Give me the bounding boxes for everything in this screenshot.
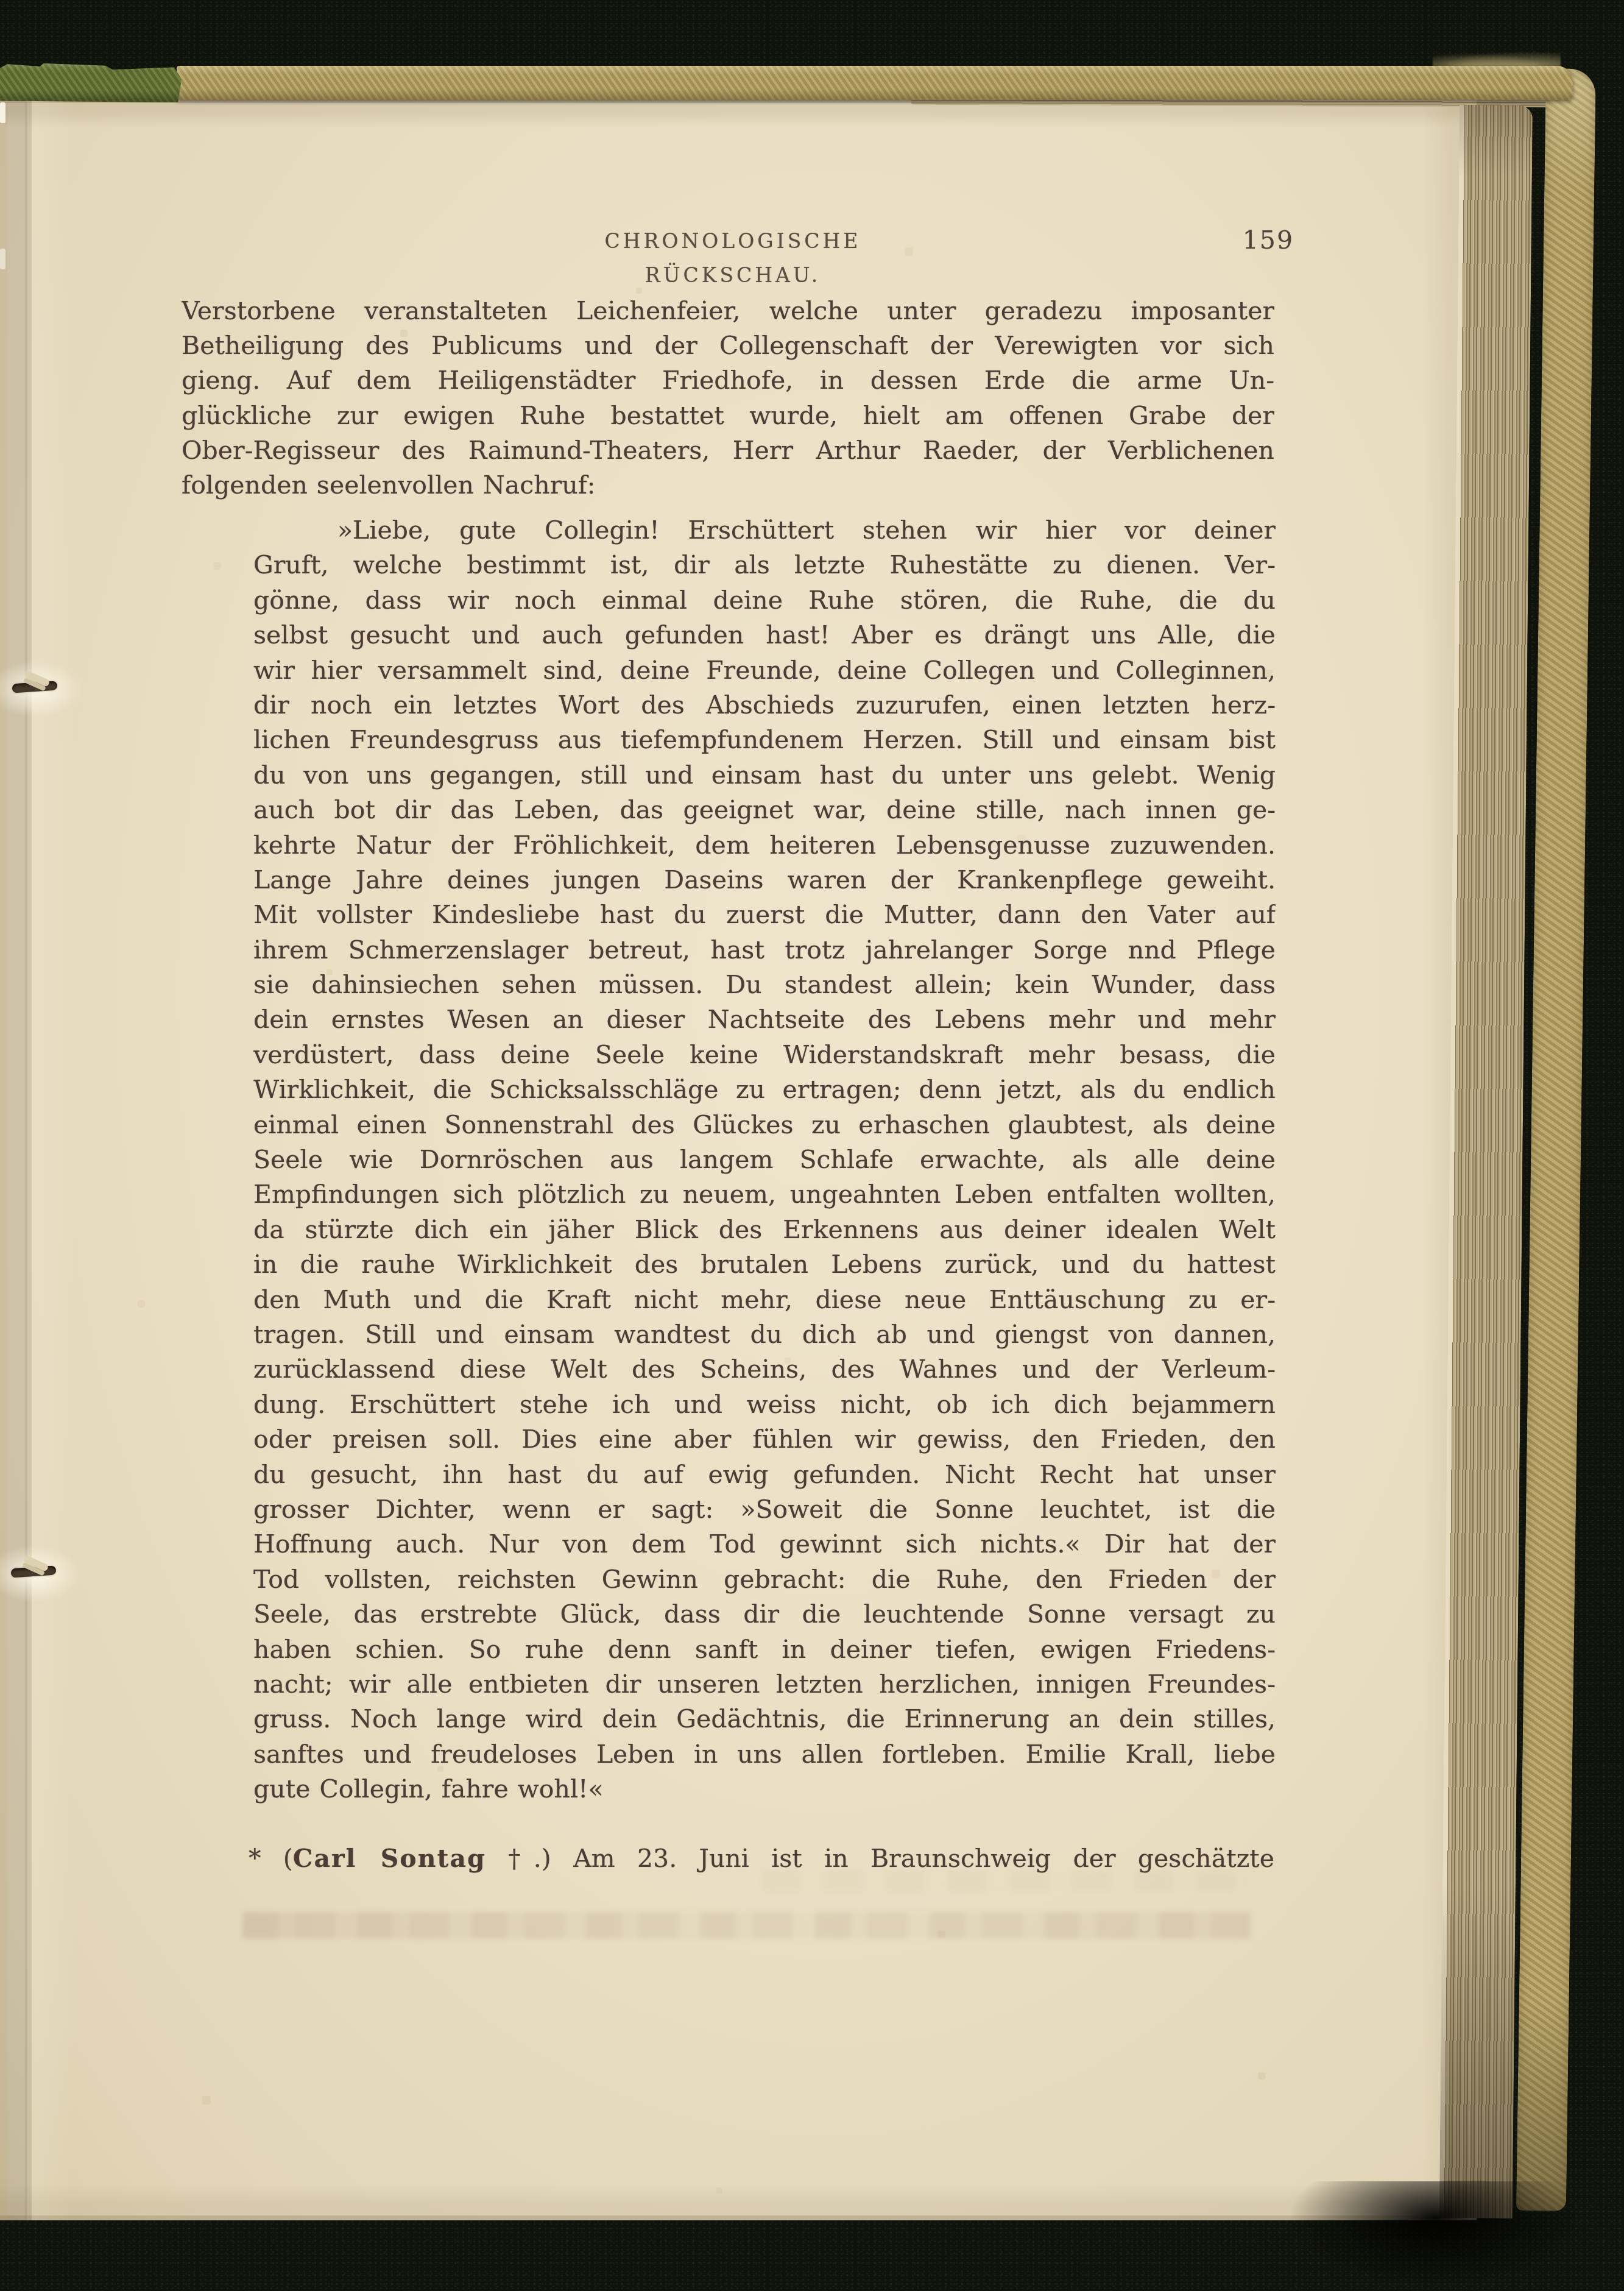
text-line: nacht; wir alle entbieten dir unseren le… [253,1667,1276,1702]
text-line: dir noch ein letztes Wort des Abschieds … [253,688,1276,723]
text-line: gieng. Auf dem Heiligenstädter Friedhofe… [182,363,1274,398]
text-line: folgenden seelenvollen Nachruf: [182,468,1274,503]
text-line: du gesucht, ihn hast du auf ewig gefunde… [253,1457,1276,1492]
text-line: verdüstert, dass deine Seele keine Wider… [253,1038,1276,1072]
intro-paragraph: Verstorbene veranstalteten Leichenfeier,… [182,294,1274,503]
text-line: Mit vollster Kindesliebe hast du zuerst … [253,898,1276,932]
text-line: da stürzte dich ein jäher Blick des Erke… [253,1213,1276,1247]
sewing-stitch [2,1553,74,1595]
text-line: gruss. Noch lange wird dein Gedächtnis, … [253,1702,1276,1737]
text-line: in die rauhe Wirklichkeit des brutalen L… [253,1247,1276,1282]
text-line: einmal einen Sonnenstrahl des Glückes zu… [253,1108,1276,1142]
text-line: Seele wie Dornröschen aus langem Schlafe… [253,1142,1276,1177]
dagger-mark: †.) [486,1844,573,1873]
obituary-lead-text: Am 23. Juni ist in Braunschweig der gesc… [573,1844,1274,1873]
text-line: Empfindungen sich plötzlich zu neuem, un… [253,1177,1276,1212]
text-line: wir hier versammelt sind, deine Freunde,… [253,653,1276,688]
text-line: Lange Jahre deines jungen Daseins waren … [253,863,1276,898]
running-head-title: CHRONOLOGISCHE RÜCKSCHAU. [541,224,925,258]
text-line: Tod vollsten, reichsten Gewinn gebracht:… [253,1562,1276,1597]
text-line: kehrte Natur der Fröhlichkeit, dem heite… [253,828,1276,863]
text-line: haben schien. So ruhe denn sanft in dein… [253,1632,1276,1667]
eulogy-quote-paragraph: »Liebe, gute Collegin! Erschüttert stehe… [253,513,1276,1807]
obituary-subject-name: Carl Sontag [293,1844,486,1873]
text-line: auch bot dir das Leben, das geeignet war… [253,793,1276,827]
obituary-paragraph: * (Carl Sontag †.) Am 23. Juni ist in Br… [178,1841,1274,1877]
text-line: gute Collegin, fahre wohl!« [253,1772,1276,1807]
show-through-smudge [242,1912,1251,1939]
text-line: grosser Dichter, wenn er sagt: »Soweit d… [253,1492,1276,1527]
text-line: sie dahinsiechen sehen müssen. Du stande… [253,968,1276,1002]
text-line: tragen. Still und einsam wandtest du dic… [253,1317,1276,1352]
text-line: Hoffnung auch. Nur von dem Tod gewinnt s… [253,1527,1276,1562]
text-line: ihrem Schmerzenslager betreut, hast trot… [253,933,1276,968]
text-line: dein ernstes Wesen an dieser Nachtseite … [253,1002,1276,1037]
text-line: Verstorbene veranstalteten Leichenfeier,… [182,294,1274,328]
text-line: zurücklassend diese Welt des Scheins, de… [253,1352,1276,1387]
green-bookmark-ribbon [0,63,182,102]
text-line: »Liebe, gute Collegin! Erschüttert stehe… [253,513,1276,548]
cover-cloth-top-edge [177,66,1573,100]
text-line: dung. Erschüttert stehe ich und weiss ni… [253,1387,1276,1422]
page-number: 159 [1196,223,1294,257]
footnote-asterisk: * ( [249,1844,293,1873]
text-line: lichen Freundesgruss aus tiefempfundenem… [253,723,1276,757]
text-line: du von uns gegangen, still und einsam ha… [253,758,1276,793]
text-line: Gruft, welche bestimmt ist, dir als letz… [253,548,1276,582]
photographed-book-page: CHRONOLOGISCHE RÜCKSCHAU. 159 Verstorben… [0,0,1624,2291]
obituary-lead-line: * (Carl Sontag †.) Am 23. Juni ist in Br… [178,1841,1274,1877]
sewing-stitch [4,668,76,710]
text-line: den Muth und die Kraft nicht mehr, diese… [253,1283,1276,1317]
text-line: gönne, dass wir noch einmal deine Ruhe s… [253,583,1276,618]
text-line: Wirklichkeit, die Schicksalsschläge zu e… [253,1072,1276,1107]
text-line: selbst gesucht und auch gefunden hast! A… [253,618,1276,653]
text-line: sanftes und freudeloses Leben in uns all… [253,1737,1276,1772]
bottom-corner-shadow [1291,2181,1578,2285]
text-line: Seele, das erstrebte Glück, dass dir die… [253,1597,1276,1632]
page-crease [26,100,28,2220]
underlying-page-sliver [0,102,5,123]
text-line: Ober-Regisseur des Raimund-Theaters, Her… [182,433,1274,468]
text-line: oder preisen soll. Dies eine aber fühlen… [253,1422,1276,1457]
text-line: glückliche zur ewigen Ruhe bestattet wur… [182,398,1274,433]
text-line: Betheiligung des Publicums und der Colle… [182,328,1274,363]
